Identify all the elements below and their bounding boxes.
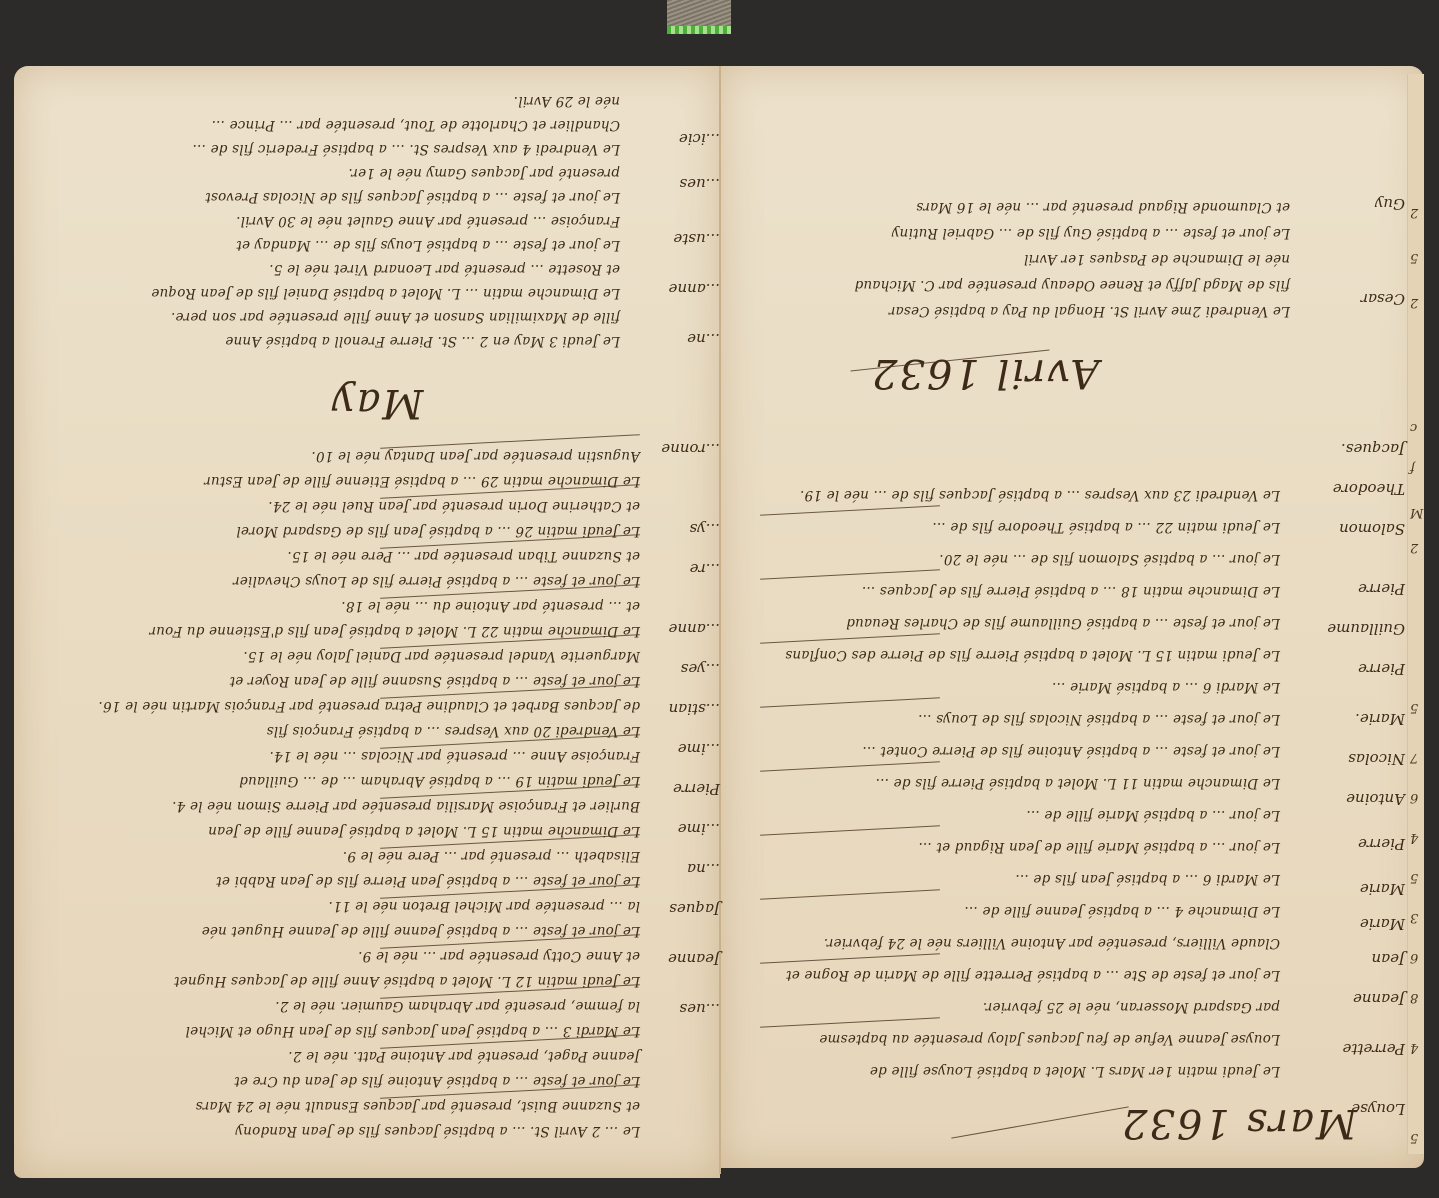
register-entry-line: née le 29 Avril.: [20, 90, 620, 112]
edge-register-number: f: [1410, 460, 1415, 475]
register-entry-line: Augustin presentée par Jean Dantay née l…: [40, 445, 640, 467]
register-entry-line: Le jour et feste ... a baptisé Jeanne fi…: [40, 920, 640, 942]
margin-child-name: Jacques.: [1325, 440, 1405, 458]
register-entry-line: Burlier et Françoise Marsilia presentée …: [40, 795, 640, 817]
edge-register-number: c: [1410, 420, 1417, 435]
register-entry-line: la ... presentée par Michel Breton née l…: [40, 895, 640, 917]
margin-child-name: Perrette: [1325, 1040, 1405, 1058]
register-entry-line: Le Dimanche matin 22 L. Molet a baptisé …: [40, 620, 640, 642]
register-entry-line: de Jacques Barbet et Claudine Petra pres…: [40, 695, 640, 717]
edge-register-number: M: [1410, 505, 1423, 520]
register-entry-line: fils de Magd Jaffy et Renee Odeauy prese…: [750, 274, 1290, 296]
binding-band: [667, 26, 731, 34]
register-entry-line: Le Vendredi 4 aux Vespres St. ... a bapt…: [20, 138, 620, 160]
register-entry-line: Le Mardi 3 ... a baptisé Jean Jacques fi…: [40, 1020, 640, 1042]
register-entry-line: Le Mardi 6 ... a baptisé Marie ...: [760, 676, 1280, 698]
register-entry-line: Le ... 2 Avril St. ... a baptisé Jacques…: [40, 1120, 640, 1142]
register-entry-line: Le Jeudi matin 22 ... a baptisé Theodore…: [760, 516, 1280, 538]
margin-child-name: Marie: [1325, 880, 1405, 898]
edge-register-number: 6: [1410, 950, 1418, 965]
margin-child-name: ...ues: [660, 175, 720, 193]
edge-register-number: 5: [1410, 870, 1418, 885]
edge-register-number: 5: [1410, 700, 1418, 715]
margin-child-name: ...icie: [660, 130, 720, 148]
register-entry-line: Elisabeth ... presenté par ... Pere née …: [40, 845, 640, 867]
register-entry-line: Le jour et feste ... a baptisé Guillaume…: [760, 612, 1280, 634]
register-entry-line: par Gaspard Mosseran, née le 25 febvrier…: [760, 996, 1280, 1018]
register-entry-line: Le jour et feste ... a baptisé Guy fils …: [750, 222, 1290, 244]
edge-register-number: 4: [1410, 1040, 1418, 1055]
register-entry-line: et Rosette ... presenté par Leonard Vire…: [20, 258, 620, 280]
register-entry-line: Françoise ... presenté par Anne Gaulet n…: [20, 210, 620, 232]
register-entry-line: Le jour et feste ... a baptisé Pierre fi…: [40, 570, 640, 592]
edge-register-number: 2: [1410, 295, 1418, 310]
register-entry-line: Le Jeudi matin 12 L. Molet a baptisé Ann…: [40, 970, 640, 992]
register-entry-line: Françoise Anne ... presenté par Nicolas …: [40, 745, 640, 767]
register-entry-line: et Anne Cotty presentée par ... née le 9…: [40, 945, 640, 967]
register-entry-line: Le jour ... a baptisé Salomon fils de ..…: [760, 548, 1280, 570]
margin-child-name: Salomon: [1325, 520, 1405, 538]
register-entry-line: et Claumonde Rigaud presenté par ... née…: [750, 196, 1290, 218]
margin-child-name: Jean: [1325, 950, 1405, 968]
register-entry-line: Le Mardi 6 ... a baptisé Jean fils de ..…: [760, 868, 1280, 890]
margin-child-name: Theodore: [1325, 480, 1405, 498]
register-entry-line: et ... presenté par Antoine du ... née l…: [40, 595, 640, 617]
register-entry-line: et Catherine Dorin presenté par Jean Rue…: [40, 495, 640, 517]
margin-child-name: Antoine: [1325, 790, 1405, 808]
register-entry-line: Le Jeudi matin 19 ... a baptisé Abraham …: [40, 770, 640, 792]
register-entry-line: Le Dimanche matin 29 ... a baptisé Etien…: [40, 470, 640, 492]
register-entry-line: et Suzanne Buist, presenté par Jacques E…: [40, 1095, 640, 1117]
register-entry-line: Louyse Jeanne Vefue de feu Jacques Jaloy…: [760, 1028, 1280, 1050]
margin-child-name: ...ues: [660, 1000, 720, 1018]
margin-child-name: ...ne: [660, 330, 720, 348]
register-entry-line: Le jour ... a baptisé Marie fille de ...: [760, 804, 1280, 826]
register-entry-line: et Suzanne Tiban presentée par ... Pere …: [40, 545, 640, 567]
margin-child-name: Jeanne: [1325, 990, 1405, 1008]
register-entry-line: Le Dimanche 4 ... a baptisé Jeanne fille…: [760, 900, 1280, 922]
edge-register-number: 2: [1410, 540, 1418, 555]
margin-child-name: Guy: [1325, 195, 1405, 213]
margin-child-name: ...stian: [660, 700, 720, 718]
register-entry-line: la femme, presenté par Abraham Gaumier. …: [40, 995, 640, 1017]
margin-child-name: ...anne: [660, 280, 720, 298]
register-entry-line: Le Jeudi 3 May en 2 ... St. Pierre Freno…: [20, 330, 620, 352]
margin-child-name: Jeanne: [660, 950, 720, 968]
register-entry-line: Le jour et feste ... a baptisé Louys fil…: [20, 234, 620, 256]
edge-register-number: 6: [1410, 790, 1418, 805]
margin-child-name: Guillaume: [1325, 620, 1405, 638]
margin-child-name: Louyse: [1325, 1100, 1405, 1118]
edge-register-number: 8: [1410, 990, 1418, 1005]
register-entry-line: Le Vendredi 2me Avril St. Hongal du Pay …: [750, 300, 1290, 322]
register-entry-line: Le Jeudi matin 1er Mars L. Molet a bapti…: [760, 1060, 1280, 1082]
margin-child-name: Pierre: [1325, 660, 1405, 678]
margin-child-name: Cesar: [1325, 290, 1405, 308]
margin-child-name: Pierre: [1325, 835, 1405, 853]
register-entry-line: Le Dimanche matin ... L. Molet a baptisé…: [20, 282, 620, 304]
register-entry-line: Le Dimanche matin 15 L. Molet a baptisé …: [40, 820, 640, 842]
register-entry-line: Le jour et feste ... a baptisé Nicolas f…: [760, 708, 1280, 730]
heading-may: May: [330, 380, 423, 426]
margin-child-name: ...ime: [660, 740, 720, 758]
register-entry-line: Le Vendredi 23 aux Vespres ... a baptisé…: [760, 484, 1280, 506]
edge-register-number: 2: [1410, 205, 1418, 220]
margin-child-name: ...anne: [660, 620, 720, 638]
margin-child-name: ...yes: [660, 660, 720, 678]
margin-child-name: ...re: [660, 560, 720, 578]
margin-child-name: ...ime: [660, 820, 720, 838]
margin-child-name: Nicolas: [1325, 750, 1405, 768]
edge-register-number: 7: [1410, 750, 1418, 765]
register-entry-line: née le Dimanche de Pasques 1er Avril: [750, 248, 1290, 270]
register-entry-line: Le jour et feste ... a baptisé Antoine f…: [760, 740, 1280, 762]
register-entry-line: Chandlier et Charlotte de Tout, presenté…: [20, 114, 620, 136]
register-entry-line: Le jour et feste ... a baptisé Antoine f…: [40, 1070, 640, 1092]
margin-child-name: Pierre: [1325, 580, 1405, 598]
margin-child-name: ...ronne: [660, 440, 720, 458]
register-entry-line: fille de Maximilian Sanson et Anne fille…: [20, 306, 620, 328]
register-entry-line: Le Vendredi 20 aux Vespres ... a baptisé…: [40, 720, 640, 742]
register-entry-line: Jeanne Paget, presenté par Antoine Patt.…: [40, 1045, 640, 1067]
margin-child-name: ...ys: [660, 520, 720, 538]
margin-child-name: ...na: [660, 860, 720, 878]
margin-child-name: ...uste: [660, 230, 720, 248]
register-entry-line: Le Jeudi matin 26 ... a baptisé Jean fil…: [40, 520, 640, 542]
edge-register-number: 3: [1410, 910, 1418, 925]
edge-register-number: 4: [1410, 830, 1418, 845]
edge-register-number: 5: [1410, 250, 1418, 265]
register-entry-line: presenté par Jacques Gamy née le 1er.: [20, 162, 620, 184]
margin-child-name: Jaques: [660, 900, 720, 918]
register-entry-line: Le jour ... a baptisé Marie fille de Jea…: [760, 836, 1280, 858]
register-entry-line: Le Dimanche matin 11 L. Molet a baptisé …: [760, 772, 1280, 794]
register-entry-line: Le jour et feste ... a baptisé Susanne f…: [40, 670, 640, 692]
register-entry-line: Le Jeudi matin 15 L. Molet a baptisé Pie…: [760, 644, 1280, 666]
register-entry-line: Le jour et feste ... a baptisé Jean Pier…: [40, 870, 640, 892]
edge-register-number: 5: [1410, 1130, 1418, 1145]
register-entry-line: Le jour et feste ... a baptisé Jacques f…: [20, 186, 620, 208]
register-entry-line: Claude Villiers, presentée par Antoine V…: [760, 932, 1280, 954]
register-entry-line: Marguerite Vandel presentée par Daniel J…: [40, 645, 640, 667]
margin-child-name: Marie: [1325, 915, 1405, 933]
margin-child-name: Pierre: [660, 780, 720, 798]
margin-child-name: Marie.: [1325, 710, 1405, 728]
binding-thread: [667, 0, 731, 26]
register-entry-line: Le jour et feste de Ste ... a baptisé Pe…: [760, 964, 1280, 986]
register-entry-line: Le Dimanche matin 18 ... a baptisé Pierr…: [760, 580, 1280, 602]
heading-mars: Mars 1632: [1120, 1100, 1357, 1146]
